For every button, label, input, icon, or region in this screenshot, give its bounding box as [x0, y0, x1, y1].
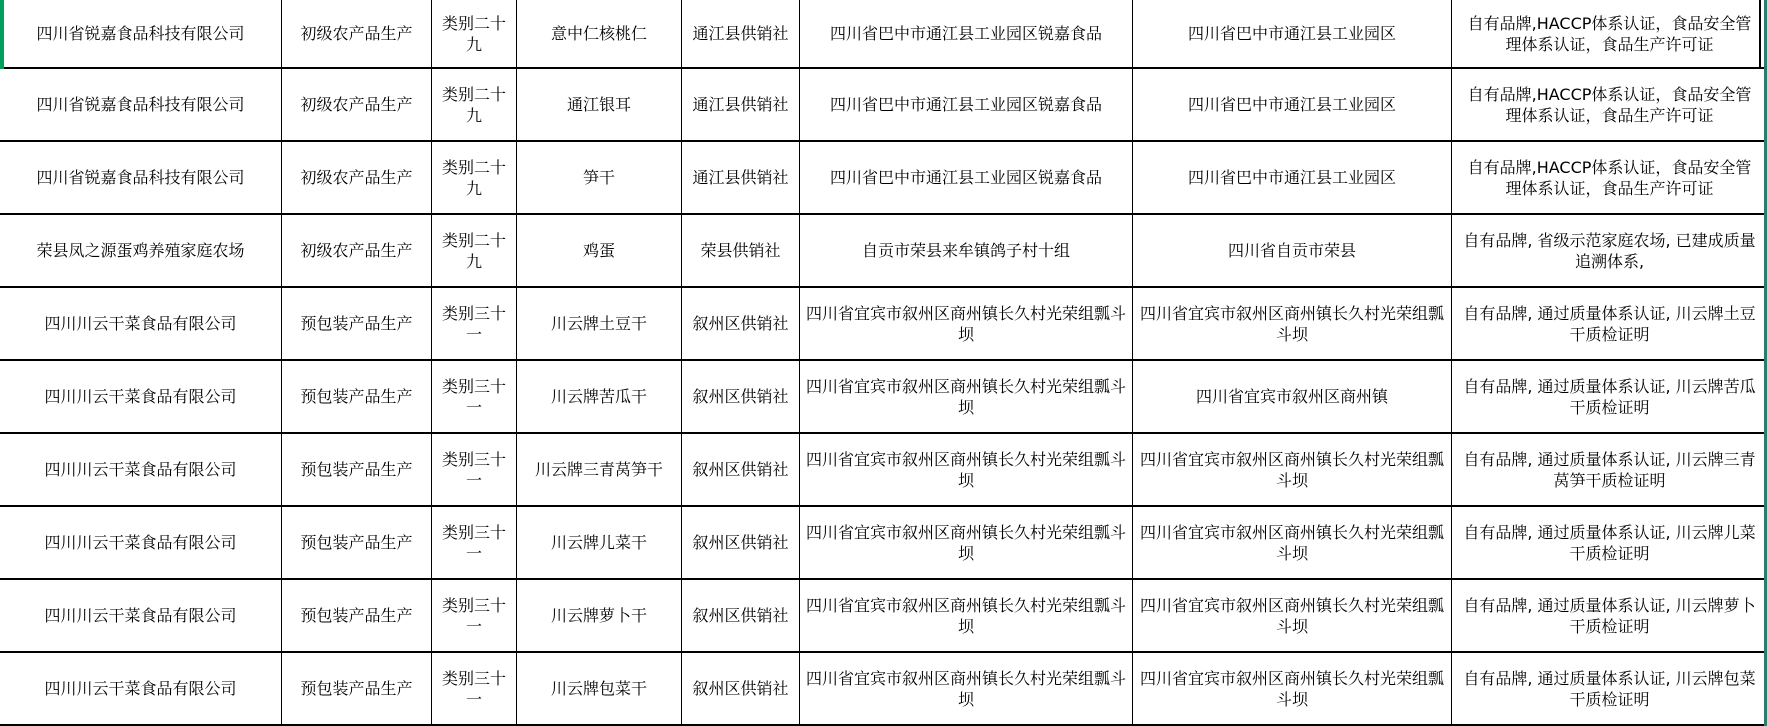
spreadsheet-viewport: 四川省锐嘉食品科技有限公司初级农产品生产类别二十九意中仁核桃仁通江县供销社四川省… — [0, 0, 1767, 726]
cell-category[interactable]: 类别二十九 — [432, 69, 517, 140]
cell-product-name[interactable]: 川云牌土豆干 — [517, 288, 682, 359]
cell-category[interactable]: 类别二十九 — [432, 0, 517, 67]
cell-production-type[interactable]: 预包装产品生产 — [282, 507, 432, 578]
cell-product-name[interactable]: 川云牌萝卜干 — [517, 580, 682, 651]
cell-producer-address[interactable]: 四川省巴中市通江县工业园区锐嘉食品 — [800, 0, 1133, 67]
cell-coop[interactable]: 通江县供销社 — [682, 0, 800, 67]
cell-producer-address[interactable]: 四川省宜宾市叙州区商州镇长久村光荣组瓢斗坝 — [800, 434, 1133, 505]
cell-producer-address[interactable]: 四川省宜宾市叙州区商州镇长久村光荣组瓢斗坝 — [800, 288, 1133, 359]
cell-notes[interactable]: 自有品牌, 通过质量体系认证, 川云牌儿菜干质检证明 — [1452, 507, 1767, 578]
cell-producer-address[interactable]: 四川省宜宾市叙州区商州镇长久村光荣组瓢斗坝 — [800, 361, 1133, 432]
cell-notes[interactable]: 自有品牌,HACCP体系认证，食品安全管理体系认证，食品生产许可证 — [1452, 142, 1767, 213]
cell-region[interactable]: 四川省巴中市通江县工业园区 — [1133, 69, 1452, 140]
cell-coop[interactable]: 叙州区供销社 — [682, 580, 800, 651]
cell-producer-address[interactable]: 自贡市荣县来牟镇鸽子村十组 — [800, 215, 1133, 286]
cell-coop[interactable]: 叙州区供销社 — [682, 434, 800, 505]
cell-category[interactable]: 类别三十一 — [432, 653, 517, 724]
cell-production-type[interactable]: 预包装产品生产 — [282, 361, 432, 432]
cell-region[interactable]: 四川省宜宾市叙州区商州镇长久村光荣组瓢斗坝 — [1133, 507, 1452, 578]
cell-production-type[interactable]: 预包装产品生产 — [282, 580, 432, 651]
cell-product-name[interactable]: 川云牌苦瓜干 — [517, 361, 682, 432]
cell-product-name[interactable]: 鸡蛋 — [517, 215, 682, 286]
cell-category[interactable]: 类别三十一 — [432, 580, 517, 651]
cell-coop[interactable]: 通江县供销社 — [682, 142, 800, 213]
cell-category[interactable]: 类别三十一 — [432, 507, 517, 578]
cell-production-type[interactable]: 初级农产品生产 — [282, 215, 432, 286]
cell-coop[interactable]: 荣县供销社 — [682, 215, 800, 286]
cell-coop[interactable]: 通江县供销社 — [682, 69, 800, 140]
cell-production-type[interactable]: 初级农产品生产 — [282, 69, 432, 140]
table-row: 四川川云干菜食品有限公司预包装产品生产类别三十一川云牌儿菜干叙州区供销社四川省宜… — [0, 507, 1767, 580]
table-row: 四川川云干菜食品有限公司预包装产品生产类别三十一川云牌苦瓜干叙州区供销社四川省宜… — [0, 361, 1767, 434]
row1-right-cell-border — [1759, 0, 1761, 69]
cell-region[interactable]: 四川省宜宾市叙州区商州镇长久村光荣组瓢斗坝 — [1133, 653, 1452, 724]
table-row: 四川省锐嘉食品科技有限公司初级农产品生产类别二十九通江银耳通江县供销社四川省巴中… — [0, 69, 1767, 142]
cell-coop[interactable]: 叙州区供销社 — [682, 361, 800, 432]
cell-category[interactable]: 类别三十一 — [432, 361, 517, 432]
cell-producer-address[interactable]: 四川省宜宾市叙州区商州镇长久村光荣组瓢斗坝 — [800, 507, 1133, 578]
cell-company[interactable]: 四川川云干菜食品有限公司 — [0, 288, 282, 359]
cell-production-type[interactable]: 预包装产品生产 — [282, 434, 432, 505]
cell-region[interactable]: 四川省巴中市通江县工业园区 — [1133, 0, 1452, 67]
cell-region[interactable]: 四川省宜宾市叙州区商州镇 — [1133, 361, 1452, 432]
table-row: 四川川云干菜食品有限公司预包装产品生产类别三十一川云牌土豆干叙州区供销社四川省宜… — [0, 288, 1767, 361]
cell-company[interactable]: 四川省锐嘉食品科技有限公司 — [0, 69, 282, 140]
table-row: 四川川云干菜食品有限公司预包装产品生产类别三十一川云牌包菜干叙州区供销社四川省宜… — [0, 653, 1767, 726]
cell-product-name[interactable]: 川云牌儿菜干 — [517, 507, 682, 578]
cell-coop[interactable]: 叙州区供销社 — [682, 653, 800, 724]
cell-product-name[interactable]: 意中仁核桃仁 — [517, 0, 682, 67]
cell-category[interactable]: 类别二十九 — [432, 142, 517, 213]
cell-product-name[interactable]: 通江银耳 — [517, 69, 682, 140]
cell-notes[interactable]: 自有品牌, 省级示范家庭农场, 已建成质量追溯体系, — [1452, 215, 1767, 286]
cell-product-name[interactable]: 川云牌三青莴笋干 — [517, 434, 682, 505]
table-row: 荣县凤之源蛋鸡养殖家庭农场初级农产品生产类别二十九鸡蛋荣县供销社自贡市荣县来牟镇… — [0, 215, 1767, 288]
cell-producer-address[interactable]: 四川省巴中市通江县工业园区锐嘉食品 — [800, 142, 1133, 213]
cell-company[interactable]: 荣县凤之源蛋鸡养殖家庭农场 — [0, 215, 282, 286]
cell-production-type[interactable]: 预包装产品生产 — [282, 653, 432, 724]
cell-notes[interactable]: 自有品牌,HACCP体系认证，食品安全管理体系认证，食品生产许可证 — [1452, 0, 1767, 67]
cell-production-type[interactable]: 初级农产品生产 — [282, 0, 432, 67]
cell-product-name[interactable]: 川云牌包菜干 — [517, 653, 682, 724]
products-table: 四川省锐嘉食品科技有限公司初级农产品生产类别二十九意中仁核桃仁通江县供销社四川省… — [0, 0, 1767, 726]
cell-producer-address[interactable]: 四川省宜宾市叙州区商州镇长久村光荣组瓢斗坝 — [800, 580, 1133, 651]
cell-region[interactable]: 四川省宜宾市叙州区商州镇长久村光荣组瓢斗坝 — [1133, 580, 1452, 651]
cell-company[interactable]: 四川省锐嘉食品科技有限公司 — [0, 0, 282, 67]
cell-region[interactable]: 四川省宜宾市叙州区商州镇长久村光荣组瓢斗坝 — [1133, 288, 1452, 359]
cell-notes[interactable]: 自有品牌, 通过质量体系认证, 川云牌苦瓜干质检证明 — [1452, 361, 1767, 432]
cell-coop[interactable]: 叙州区供销社 — [682, 507, 800, 578]
cell-coop[interactable]: 叙州区供销社 — [682, 288, 800, 359]
cell-category[interactable]: 类别三十一 — [432, 288, 517, 359]
cell-notes[interactable]: 自有品牌, 通过质量体系认证, 川云牌土豆干质检证明 — [1452, 288, 1767, 359]
cell-region[interactable]: 四川省巴中市通江县工业园区 — [1133, 142, 1452, 213]
cell-company[interactable]: 四川省锐嘉食品科技有限公司 — [0, 142, 282, 213]
cell-notes[interactable]: 自有品牌,HACCP体系认证，食品安全管理体系认证，食品生产许可证 — [1452, 69, 1767, 140]
cell-notes[interactable]: 自有品牌, 通过质量体系认证, 川云牌包菜干质检证明 — [1452, 653, 1767, 724]
cell-producer-address[interactable]: 四川省宜宾市叙州区商州镇长久村光荣组瓢斗坝 — [800, 653, 1133, 724]
cell-company[interactable]: 四川川云干菜食品有限公司 — [0, 580, 282, 651]
cell-product-name[interactable]: 笋干 — [517, 142, 682, 213]
cell-region[interactable]: 四川省宜宾市叙州区商州镇长久村光荣组瓢斗坝 — [1133, 434, 1452, 505]
table-row: 四川川云干菜食品有限公司预包装产品生产类别三十一川云牌萝卜干叙州区供销社四川省宜… — [0, 580, 1767, 653]
cell-category[interactable]: 类别三十一 — [432, 434, 517, 505]
cell-category[interactable]: 类别二十九 — [432, 215, 517, 286]
cell-company[interactable]: 四川川云干菜食品有限公司 — [0, 434, 282, 505]
table-row: 四川川云干菜食品有限公司预包装产品生产类别三十一川云牌三青莴笋干叙州区供销社四川… — [0, 434, 1767, 507]
cell-company[interactable]: 四川川云干菜食品有限公司 — [0, 361, 282, 432]
table-row: 四川省锐嘉食品科技有限公司初级农产品生产类别二十九笋干通江县供销社四川省巴中市通… — [0, 142, 1767, 215]
cell-production-type[interactable]: 预包装产品生产 — [282, 288, 432, 359]
cell-region[interactable]: 四川省自贡市荣县 — [1133, 215, 1452, 286]
cell-production-type[interactable]: 初级农产品生产 — [282, 142, 432, 213]
cell-notes[interactable]: 自有品牌, 通过质量体系认证, 川云牌三青莴笋干质检证明 — [1452, 434, 1767, 505]
row1-left-selection-marker — [0, 0, 4, 69]
table-row: 四川省锐嘉食品科技有限公司初级农产品生产类别二十九意中仁核桃仁通江县供销社四川省… — [0, 0, 1767, 69]
cell-producer-address[interactable]: 四川省巴中市通江县工业园区锐嘉食品 — [800, 69, 1133, 140]
cell-company[interactable]: 四川川云干菜食品有限公司 — [0, 653, 282, 724]
cell-company[interactable]: 四川川云干菜食品有限公司 — [0, 507, 282, 578]
cell-notes[interactable]: 自有品牌, 通过质量体系认证, 川云牌萝卜干质检证明 — [1452, 580, 1767, 651]
